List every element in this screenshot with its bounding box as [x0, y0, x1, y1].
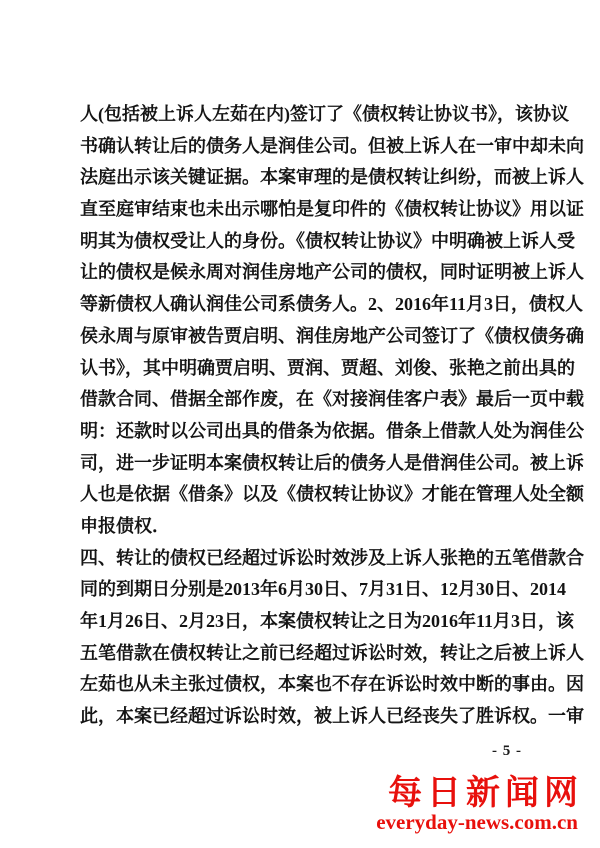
text-line: 让的债权是候永周对润佳房地产公司的债权，同时证明被上诉人 — [80, 257, 541, 289]
text-line: 人也是依据《借条》以及《债权转让协议》才能在管理人处全额 — [80, 479, 541, 511]
text-line: 等新债权人确认润佳公司系债务人。2、2016年11月3日，债权人 — [80, 289, 541, 321]
site-url-text: everyday-news.com.cn — [376, 811, 578, 834]
text-line: 申报债权． — [80, 511, 541, 543]
text-line: 此，本案已经超过诉讼时效，被上诉人已经丧失了胜诉权。一审 — [80, 701, 541, 733]
text-line: 明：还款时以公司出具的借条为依据。借条上借款人处为润佳公 — [80, 416, 541, 448]
site-watermark: 每日新闻网 everyday-news.com.cn — [376, 775, 578, 834]
text-line: 认书》，其中明确贾启明、贾润、贾超、刘俊、张艳之前出具的 — [80, 353, 541, 385]
text-line: 同的到期日分别是2013年6月30日、7月31日、12月30日、2014 — [80, 574, 541, 606]
text-line: 五笔借款在债权转让之前已经超过诉讼时效，转让之后被上诉人 — [80, 638, 541, 670]
text-line: 法庭出示该关键证据。本案审理的是债权转让纠纷，而被上诉人 — [80, 162, 541, 194]
text-line: 借款合同、借据全部作废，在《对接润佳客户表》最后一页中载 — [80, 384, 541, 416]
page-number: - 5 - — [484, 743, 530, 760]
text-line: 司，进一步证明本案债权转让后的债务人是借润佳公司。被上诉 — [80, 448, 541, 480]
text-line: 直至庭审结束也未出示哪怕是复印件的《债权转让协议》用以证 — [80, 194, 541, 226]
text-line: 左茹也从未主张过债权，本案也不存在诉讼时效中断的事由。因 — [80, 669, 541, 701]
text-line: 书确认转让后的债务人是润佳公司。但被上诉人在一审中却未向 — [80, 131, 541, 163]
document-page: 人(包括被上诉人左茹在内)签订了《债权转让协议书》，该协议书确认转让后的债务人是… — [0, 0, 600, 848]
site-logo-text: 每日新闻网 — [376, 775, 583, 811]
text-line: 人(包括被上诉人左茹在内)签订了《债权转让协议书》，该协议 — [80, 99, 541, 131]
text-line: 明其为债权受让人的身份。《债权转让协议》中明确被上诉人受 — [80, 226, 541, 258]
body-text-block: 人(包括被上诉人左茹在内)签订了《债权转让协议书》，该协议书确认转让后的债务人是… — [80, 99, 541, 733]
text-line: 年1月26日、2月23日，本案债权转让之日为2016年11月3日，该 — [80, 606, 541, 638]
text-line: 侯永周与原审被告贾启明、润佳房地产公司签订了《债权债务确 — [80, 321, 541, 353]
text-line: 四、转让的债权已经超过诉讼时效涉及上诉人张艳的五笔借款合 — [80, 543, 541, 575]
